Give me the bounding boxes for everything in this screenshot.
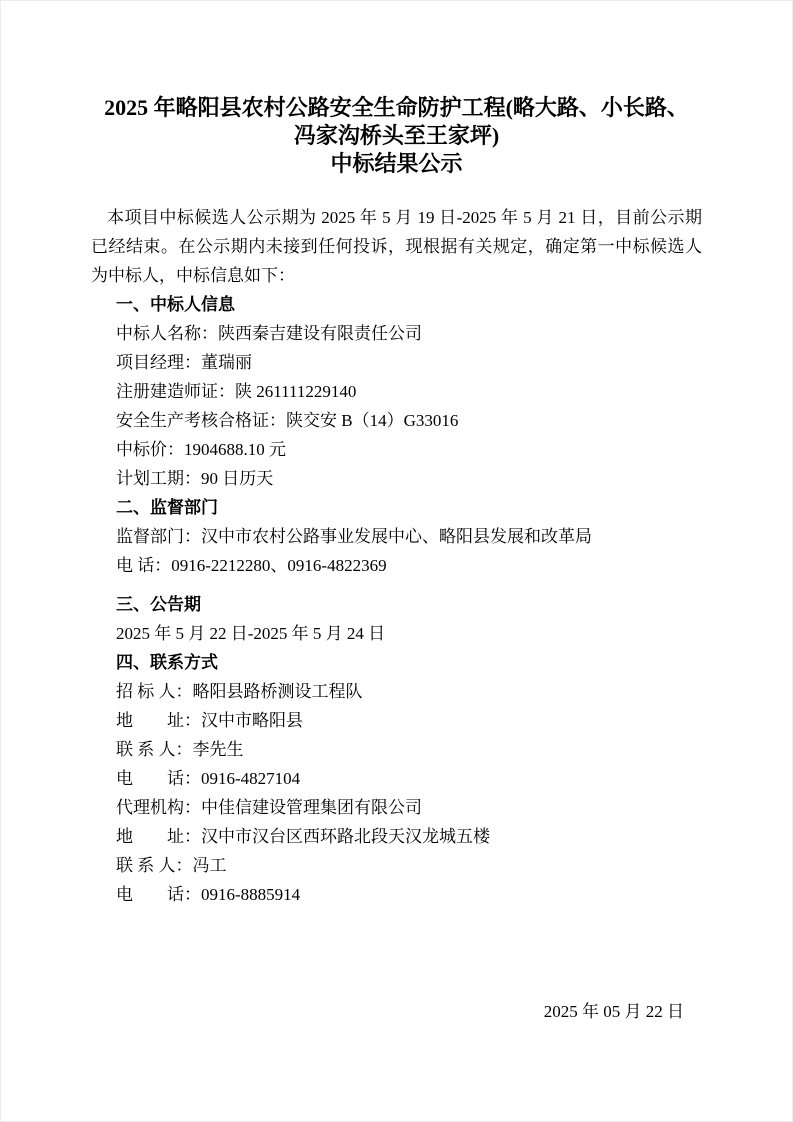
title-line-2: 冯家沟桥头至王家坪) — [91, 122, 702, 150]
section-line: 安全生产考核合格证：陕交安 B（14）G33016 — [91, 406, 702, 435]
section-line: 注册建造师证：陕 261111229140 — [91, 377, 702, 406]
section-line: 招 标 人：略阳县路桥测设工程队 — [91, 677, 702, 706]
section-heading: 四、联系方式 — [91, 648, 702, 677]
sections-container: 一、中标人信息中标人名称：陕西秦吉建设有限责任公司项目经理：董瑞丽注册建造师证：… — [91, 290, 702, 909]
document-title: 2025 年略阳县农村公路安全生命防护工程(略大路、小长路、 冯家沟桥头至王家坪… — [91, 94, 702, 178]
section-heading: 二、监督部门 — [91, 493, 702, 522]
section-line: 电 话：0916-8885914 — [91, 880, 702, 909]
section-line: 2025 年 5 月 22 日-2025 年 5 月 24 日 — [91, 619, 702, 648]
section-line: 电 话：0916-4827104 — [91, 764, 702, 793]
section-line: 地 址：汉中市汉台区西环路北段天汉龙城五楼 — [91, 822, 702, 851]
section: 三、公告期2025 年 5 月 22 日-2025 年 5 月 24 日 — [91, 590, 702, 648]
section-line: 联 系 人：李先生 — [91, 735, 702, 764]
title-line-1: 2025 年略阳县农村公路安全生命防护工程(略大路、小长路、 — [91, 94, 702, 122]
section-line: 联 系 人：冯工 — [91, 851, 702, 880]
section-line: 计划工期：90 日历天 — [91, 464, 702, 493]
section-line: 电 话：0916-2212280、0916-4822369 — [91, 551, 702, 580]
section-line: 地 址：汉中市略阳县 — [91, 706, 702, 735]
section-line: 中标人名称：陕西秦吉建设有限责任公司 — [91, 319, 702, 348]
section: 四、联系方式招 标 人：略阳县路桥测设工程队地 址：汉中市略阳县联 系 人：李先… — [91, 648, 702, 909]
intro-paragraph: 本项目中标候选人公示期为 2025 年 5 月 19 日-2025 年 5 月 … — [91, 203, 702, 290]
section-line: 代理机构：中佳信建设管理集团有限公司 — [91, 793, 702, 822]
section-line: 监督部门：汉中市农村公路事业发展中心、略阳县发展和改革局 — [91, 522, 702, 551]
section-heading: 三、公告期 — [91, 590, 702, 619]
document-date: 2025 年 05 月 22 日 — [544, 1001, 684, 1023]
section: 二、监督部门监督部门：汉中市农村公路事业发展中心、略阳县发展和改革局电 话：09… — [91, 493, 702, 580]
document-page: 2025 年略阳县农村公路安全生命防护工程(略大路、小长路、 冯家沟桥头至王家坪… — [0, 0, 793, 1122]
section-line: 中标价：1904688.10 元 — [91, 435, 702, 464]
section-line: 项目经理：董瑞丽 — [91, 348, 702, 377]
section: 一、中标人信息中标人名称：陕西秦吉建设有限责任公司项目经理：董瑞丽注册建造师证：… — [91, 290, 702, 493]
title-line-3: 中标结果公示 — [91, 150, 702, 178]
section-heading: 一、中标人信息 — [91, 290, 702, 319]
